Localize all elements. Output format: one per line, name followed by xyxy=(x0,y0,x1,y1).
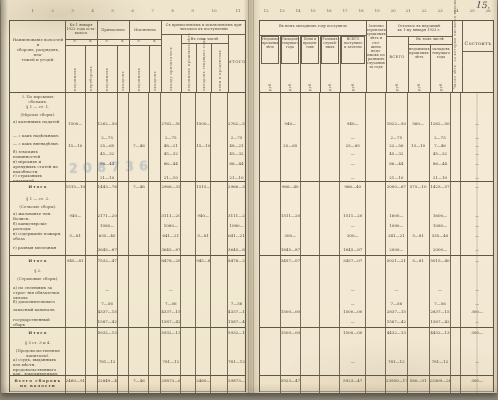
row-label: І. По мірскимъ сборамъ. xyxy=(10,93,65,103)
table-cell xyxy=(227,103,245,111)
section-row xyxy=(260,93,493,103)
table-cell xyxy=(65,299,85,307)
table-cell: 1511—20 xyxy=(280,211,300,221)
table-cell xyxy=(65,285,85,299)
table-cell xyxy=(300,307,320,317)
table-cell xyxy=(319,285,339,299)
table-cell xyxy=(450,211,460,221)
table-cell: 1080— xyxy=(429,221,451,231)
section-row: (Сельскіе сборы). xyxy=(10,203,245,211)
table-cell xyxy=(180,221,195,231)
table-cell xyxy=(365,339,385,347)
table-cell xyxy=(148,221,160,231)
table-cell: 641—21 xyxy=(160,231,180,245)
section-row xyxy=(260,267,493,275)
header-rule xyxy=(366,21,367,92)
table-cell xyxy=(160,347,180,357)
table-cell: 1587—42 xyxy=(160,317,180,327)
table-cell xyxy=(117,133,129,141)
table-cell xyxy=(319,245,339,255)
table-cell xyxy=(260,285,280,299)
table-cell xyxy=(148,275,160,285)
rotated-column-caption: руб. xyxy=(439,67,443,91)
column-number: 9 xyxy=(192,9,195,16)
table-cell xyxy=(85,231,97,245)
table-cell xyxy=(210,299,227,307)
column-number: 1 xyxy=(31,9,34,16)
table-row: —21—1021—10— xyxy=(260,173,493,181)
table-cell: 575—10 xyxy=(407,182,429,195)
table-cell xyxy=(148,357,160,375)
table-cell: 335—40 xyxy=(429,231,451,245)
table-cell xyxy=(365,256,385,267)
table-cell xyxy=(319,339,339,347)
table-cell xyxy=(65,275,85,285)
table-cell xyxy=(407,339,429,347)
table-cell: 4337—15 xyxy=(227,307,245,317)
table-cell xyxy=(407,267,429,275)
table-cell xyxy=(180,231,195,245)
rotated-column-caption: руб. xyxy=(417,67,421,91)
table-cell xyxy=(260,141,280,149)
table-cell: 2762—50 xyxy=(160,119,180,133)
table-cell xyxy=(180,182,195,195)
table-cell xyxy=(210,285,227,299)
table-cell xyxy=(195,267,210,275)
table-cell xyxy=(450,195,460,203)
table-cell xyxy=(85,211,97,221)
table-cell xyxy=(450,307,460,317)
table-cell xyxy=(450,133,460,141)
table-cell xyxy=(385,347,407,357)
table-row: 300—300—341—215—81335—40— xyxy=(260,231,493,245)
header-rule xyxy=(228,35,229,92)
row-label: б) канцелярскіе расходы xyxy=(10,221,65,231)
section-row: § 1 — ст. 2. xyxy=(10,195,245,203)
table-cell xyxy=(450,111,460,119)
table-cell xyxy=(450,221,460,231)
table-cell: 23950—17 xyxy=(385,376,407,393)
table-cell xyxy=(195,111,210,119)
table-cell xyxy=(160,103,180,111)
table-cell xyxy=(148,328,160,339)
table-cell xyxy=(365,347,385,357)
table-cell xyxy=(365,299,385,307)
table-cell xyxy=(385,111,407,119)
table-cell xyxy=(260,119,280,133)
table-cell xyxy=(65,245,85,255)
table-cell xyxy=(460,339,493,347)
table-cell xyxy=(319,347,339,357)
table-cell xyxy=(65,328,85,339)
table-cell xyxy=(407,195,429,203)
table-cell xyxy=(180,317,195,327)
table-row: а) казенныхъ податей1500—1262—502762—501… xyxy=(10,119,245,133)
table-cell: 635—40 xyxy=(97,231,117,245)
table-cell xyxy=(210,103,227,111)
table-cell xyxy=(65,111,85,119)
table-cell: 2837—15 xyxy=(385,307,407,317)
table-cell xyxy=(407,307,429,317)
header-rule xyxy=(85,45,86,92)
table-cell: 7—56 xyxy=(429,299,451,307)
table-cell xyxy=(128,357,148,375)
table-cell xyxy=(117,357,129,375)
table-cell: — xyxy=(460,256,493,267)
table-cell xyxy=(85,221,97,231)
table-cell xyxy=(117,231,129,245)
table-cell xyxy=(300,173,320,181)
column-number: 15 xyxy=(311,9,316,16)
table-cell xyxy=(260,357,280,375)
rotated-column-caption: недоимокъ xyxy=(105,47,109,91)
table-cell: — xyxy=(339,317,365,327)
table-cell: 1515—10 xyxy=(195,182,210,195)
table-cell xyxy=(148,111,160,119)
table-cell: 1587—42 xyxy=(227,317,245,327)
table-cell xyxy=(85,307,97,317)
table-cell xyxy=(117,111,129,119)
table-cell xyxy=(117,285,129,299)
table-cell xyxy=(128,347,148,357)
table-cell xyxy=(148,133,160,141)
table-cell xyxy=(210,133,227,141)
table-cell xyxy=(148,141,160,149)
table-cell: 1080— xyxy=(385,221,407,231)
table-cell xyxy=(429,203,451,211)
table-cell xyxy=(407,357,429,375)
table-cell xyxy=(117,339,129,347)
table-cell xyxy=(260,231,280,245)
header-group-excluded: Исключено xyxy=(129,28,161,32)
table-cell: 29873—64 xyxy=(227,376,245,393)
table-cell xyxy=(195,339,210,347)
table-cell: 7532—47 xyxy=(97,256,117,267)
table-cell xyxy=(300,357,320,375)
table-cell: 1500—00 xyxy=(339,328,365,339)
header-group-remaining-arrears: Осталось въ недоимкѣ къ 1-му января 1923… xyxy=(386,24,452,32)
section-row xyxy=(260,195,493,203)
table-cell: — xyxy=(339,285,365,299)
table-cell xyxy=(280,267,300,275)
table-cell: 341—21 xyxy=(385,231,407,245)
table-cell xyxy=(180,285,195,299)
header-rule xyxy=(386,36,452,37)
row-label: Итого xyxy=(10,256,65,267)
table-cell xyxy=(148,211,160,221)
header-rule xyxy=(300,36,301,92)
table-cell xyxy=(148,203,160,211)
table-cell: 45—32 xyxy=(227,149,245,159)
header-rule xyxy=(161,34,246,35)
table-cell: 2—75 xyxy=(227,133,245,141)
table-cell: — xyxy=(460,182,493,195)
table-cell xyxy=(128,275,148,285)
paper-sheet: 1234567891011 12131415161718192021222324… xyxy=(1,0,497,393)
table-cell xyxy=(300,141,320,149)
table-cell xyxy=(85,119,97,133)
table-cell xyxy=(210,231,227,245)
table-cell xyxy=(300,182,320,195)
table-cell xyxy=(319,275,339,285)
table-cell xyxy=(300,347,320,357)
row-label: § 1 — ст. 1. xyxy=(10,103,65,111)
table-cell xyxy=(300,159,320,173)
row-label: — » какъ надѣльныхъ xyxy=(10,133,65,141)
table-cell: 1822—50 xyxy=(385,119,407,133)
table-cell xyxy=(300,285,320,299)
header-group-due: Съ причисленіемъ и исключеніемъ при- чит… xyxy=(162,23,246,31)
table-cell xyxy=(365,182,385,195)
table-cell: — xyxy=(460,231,493,245)
table-cell xyxy=(260,339,280,347)
table-cell: 781—12 xyxy=(227,357,245,375)
table-cell xyxy=(319,317,339,327)
table-cell xyxy=(339,111,365,119)
table-cell xyxy=(319,307,339,317)
table-cell xyxy=(319,103,339,111)
table-cell xyxy=(260,103,280,111)
table-row: а) ссудъ, выданныхъ изъ мѣстн. продоволь… xyxy=(10,357,245,375)
table-cell xyxy=(117,93,129,103)
table-cell xyxy=(460,103,493,111)
table-cell xyxy=(65,317,85,327)
table-cell xyxy=(180,275,195,285)
table-row: ———— xyxy=(260,285,493,299)
row-label: а) по селеніямъ за строе- нія обязательн… xyxy=(10,285,65,299)
table-cell xyxy=(97,267,117,275)
table-cell xyxy=(85,267,97,275)
table-cell xyxy=(180,93,195,103)
table-cell: 4432—13 xyxy=(385,328,407,339)
table-cell xyxy=(227,267,245,275)
table-cell: 1080— xyxy=(160,221,180,231)
table-cell xyxy=(195,328,210,339)
table-cell xyxy=(65,221,85,231)
row-label: б) дополнительнаго xyxy=(10,299,65,307)
table-cell: 2—75 xyxy=(385,133,407,141)
header-rule xyxy=(408,44,452,45)
table-cell xyxy=(260,159,280,173)
table-cell xyxy=(195,275,210,285)
table-cell xyxy=(128,149,148,159)
table-cell xyxy=(260,275,280,285)
table-cell xyxy=(319,267,339,275)
column-number: 16 xyxy=(327,9,332,16)
table-row: —2—752—75— xyxy=(260,133,493,141)
table-cell xyxy=(65,339,85,347)
header-rule xyxy=(97,21,98,92)
table-cell xyxy=(385,195,407,203)
table-cell xyxy=(97,195,117,203)
table-cell xyxy=(180,376,195,393)
table-cell xyxy=(450,231,460,245)
table-cell: 22849—48 xyxy=(97,376,117,393)
table-cell xyxy=(280,339,300,347)
table-cell xyxy=(65,307,85,317)
table-cell xyxy=(227,203,245,211)
column-number: 21 xyxy=(406,9,411,16)
table-cell xyxy=(195,245,210,255)
table-cell xyxy=(85,357,97,375)
table-cell: 25—65 xyxy=(97,141,117,149)
table-cell xyxy=(117,328,129,339)
column-number: 3 xyxy=(71,9,74,16)
table-cell xyxy=(260,203,280,211)
table-cell: 48—21 xyxy=(160,141,180,149)
table-cell: 21—10 xyxy=(227,173,245,181)
table-cell: 4337—15 xyxy=(97,307,117,317)
table-cell xyxy=(365,195,385,203)
table-cell xyxy=(148,267,160,275)
table-cell xyxy=(300,256,320,267)
table-cell xyxy=(180,211,195,221)
table-cell xyxy=(280,111,300,119)
table-cell xyxy=(429,93,451,103)
section-row xyxy=(260,275,493,285)
column-number: 2 xyxy=(51,9,54,16)
table-cell xyxy=(407,173,429,181)
table-cell xyxy=(117,256,129,267)
rotated-column-caption: окладовъ текущаго года xyxy=(202,47,206,91)
row-label: в) мірскихъ и арендныхъ статей на надобн… xyxy=(10,159,65,173)
table-cell xyxy=(65,267,85,275)
table-cell: 940— xyxy=(195,211,210,221)
table-cell xyxy=(365,285,385,299)
table-cell xyxy=(319,119,339,133)
table-cell xyxy=(148,299,160,307)
row-label: § 2. xyxy=(10,267,65,275)
table-cell: 7—46 xyxy=(128,141,148,149)
table-cell: 300— xyxy=(460,376,493,393)
table-cell: 1080— xyxy=(97,221,117,231)
table-cell: — xyxy=(339,221,365,231)
table-cell xyxy=(97,275,117,285)
table-cell: 5021—21 xyxy=(385,256,407,267)
table-cell xyxy=(385,339,407,347)
table-cell: — xyxy=(339,133,365,141)
table-cell xyxy=(117,149,129,159)
table-cell xyxy=(407,159,429,173)
header-rule xyxy=(260,35,366,36)
table-cell xyxy=(300,376,320,393)
table-cell: 1500— xyxy=(65,119,85,133)
table-cell: 2460—91 xyxy=(65,376,85,393)
table-cell: 45—32 xyxy=(385,149,407,159)
table-cell xyxy=(319,376,339,393)
table-cell xyxy=(117,317,129,327)
table-cell xyxy=(65,93,85,103)
rotated-column-caption: руб. xyxy=(288,67,292,91)
table-cell xyxy=(85,111,97,119)
table-cell xyxy=(365,119,385,133)
table-cell: 945—81 xyxy=(65,256,85,267)
table-cell xyxy=(97,111,117,119)
table-cell xyxy=(319,182,339,195)
table-cell xyxy=(148,149,160,159)
table-cell xyxy=(260,182,280,195)
table-cell xyxy=(85,103,97,111)
table-cell xyxy=(260,133,280,141)
scanned-ledger-spread: 1234567891011 12131415161718192021222324… xyxy=(0,0,498,400)
table-cell xyxy=(180,256,195,267)
rotated-column-caption: окладовъ xyxy=(153,47,157,91)
row-label: г) разныя мелочныя xyxy=(10,245,65,255)
table-cell xyxy=(300,267,320,275)
table-cell xyxy=(460,267,493,275)
table-cell xyxy=(300,103,320,111)
table-cell xyxy=(148,195,160,203)
table-cell xyxy=(407,285,429,299)
table-cell xyxy=(148,103,160,111)
table-cell: 2966—32 xyxy=(160,182,180,195)
row-label: — » какъ вненадѣльн. xyxy=(10,141,65,149)
row-label: а) жалованье члн. Волисп. xyxy=(10,211,65,221)
table-cell xyxy=(128,245,148,255)
table-cell xyxy=(365,203,385,211)
table-cell xyxy=(319,195,339,203)
table-cell xyxy=(300,339,320,347)
table-cell xyxy=(260,299,280,307)
table-cell xyxy=(407,347,429,357)
table-cell: 1587—42 xyxy=(429,317,451,327)
table-cell xyxy=(210,221,227,231)
table-cell xyxy=(210,347,227,357)
table-cell xyxy=(85,245,97,255)
table-row: — » какъ надѣльныхъ2—752—752—75 xyxy=(10,133,245,141)
table-cell: 2762—50 xyxy=(227,119,245,133)
section-row: § 1 — ст. 1. xyxy=(10,103,245,111)
table-cell: 1500—00 xyxy=(280,328,300,339)
table-cell xyxy=(300,195,320,203)
table-cell xyxy=(160,93,180,103)
table-cell xyxy=(319,111,339,119)
table-cell xyxy=(300,119,320,133)
table-cell xyxy=(300,231,320,245)
table-row: 1645—871645—872000—2000—— xyxy=(260,245,493,255)
row-label: § 3 ст. 3 и 4. xyxy=(10,339,65,347)
table-cell xyxy=(450,347,460,357)
table-cell xyxy=(210,93,227,103)
table-cell xyxy=(450,285,460,299)
table-cell xyxy=(365,111,385,119)
header-group-balance-1922: Къ 1 января 1922 года оста- валось xyxy=(65,23,97,35)
table-cell xyxy=(160,203,180,211)
header-years-of-arrears: Число лѣтъ, за которыя числится недоимка xyxy=(453,25,457,89)
table-cell xyxy=(180,141,195,149)
table-cell xyxy=(300,275,320,285)
table-cell xyxy=(339,93,365,103)
table-cell xyxy=(460,347,493,357)
table-cell xyxy=(260,111,280,119)
table-cell: 1500—00 xyxy=(339,307,365,317)
table-cell xyxy=(300,328,320,339)
table-cell xyxy=(450,203,460,211)
table-cell xyxy=(117,195,129,203)
left-table-header: Наименованіе волостей и сборовъ, разрядо… xyxy=(10,21,245,93)
table-row: б) земскихъ повинностей45—3245—3245—32 xyxy=(10,149,245,159)
table-cell: 25—65 xyxy=(280,141,300,149)
table-cell xyxy=(128,285,148,299)
table-cell xyxy=(117,119,129,133)
table-cell xyxy=(97,339,117,347)
table-cell xyxy=(365,245,385,255)
table-cell: 300— xyxy=(460,307,493,317)
rotated-column-caption: руб. xyxy=(395,67,399,91)
table-cell: 580—91 xyxy=(407,376,429,393)
total-row: 5923—475923—4723950—17580—9123369—26300— xyxy=(260,375,493,393)
table-cell xyxy=(180,245,195,255)
